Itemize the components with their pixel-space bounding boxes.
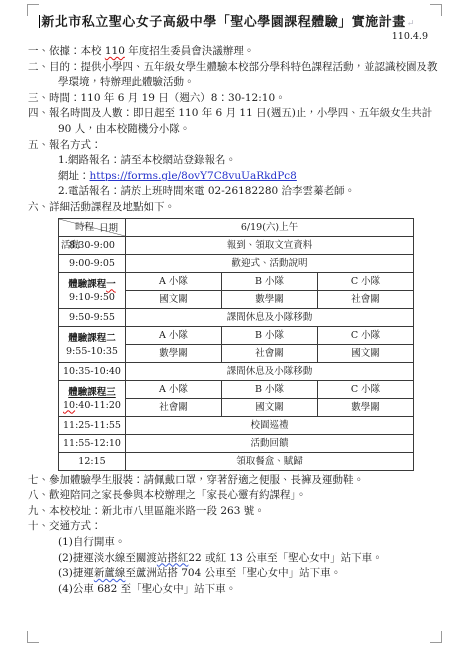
table-row: 8:30-9:00 報到、領取文宣資料 [59, 236, 414, 254]
time-cell: 12:15 [59, 452, 126, 470]
table-row: 9:50-9:55 課間休息及小隊移動 [59, 308, 414, 326]
spellcheck-underline: 110 [105, 45, 125, 57]
subject-cell: 國文關 [126, 290, 222, 308]
session3-label-cell: 體驗課程三 10:40-11:20 [59, 380, 126, 416]
item-basis-text: 年度招生委員會決議辦理。 [125, 45, 254, 57]
time-cell: 10:35-10:40 [59, 362, 126, 380]
team-cell: B 小隊 [222, 326, 318, 344]
transport-option-3-text: (3)捷運 [58, 567, 94, 579]
table-row-session3-teams: 體驗課程三 10:40-11:20 A 小隊 B 小隊 C 小隊 [59, 380, 414, 398]
item-basis-text: 一、依據：本校 [28, 45, 105, 57]
time-cell: 11:25-11:55 [59, 416, 126, 434]
transport-option-2: (2)捷運淡水線至關渡站搭紅22 或紅 13 公車至「聖心女中」站下車。 [28, 551, 438, 567]
corner-label-timeslot: 時程 [75, 222, 94, 233]
item-school-address: 九、本校校址：新北市八里區龍米路一段 263 號。 [28, 504, 438, 520]
activity-cell: 領取餐盒、賦歸 [126, 452, 414, 470]
team-cell: B 小隊 [222, 380, 318, 398]
paragraph-mark-icon: ↵ [407, 19, 415, 29]
grammar-underline: 站搭紅 [157, 552, 189, 564]
item-online-registration: 1.網路報名：請至本校網站登錄報名。 [28, 153, 438, 169]
subject-cell: 國文關 [318, 344, 414, 362]
activity-cell: 活動回饋 [126, 434, 414, 452]
header-date-cell: 6/19(六)上午 [126, 218, 414, 236]
activity-cell: 課間休息及小隊移動 [126, 362, 414, 380]
table-row: 12:15 領取餐盒、賦歸 [59, 452, 414, 470]
activity-cell: 課間休息及小隊移動 [126, 308, 414, 326]
corner-label-date: 日期 [99, 223, 118, 234]
subject-cell: 國文關 [222, 398, 318, 416]
transport-option-2-text: 22 或紅 13 公車至「聖心女中」站下車。 [188, 552, 382, 564]
time-cell: 9:00-9:05 [59, 254, 126, 272]
table-row-session1-teams: 體驗課程一 9:10-9:50 A 小隊 B 小隊 C 小隊 [59, 272, 414, 290]
url-label: 網址： [58, 170, 90, 182]
session1-label: 體驗課程 [68, 279, 106, 290]
table-row: 11:25-11:55 校園巡禮 [59, 416, 414, 434]
item-basis: 一、依據：本校 110 年度招生委員會決議辦理。 [28, 44, 438, 60]
subject-cell: 社會關 [126, 398, 222, 416]
item-registration-method: 五、報名方式： [28, 138, 438, 154]
session1-time: 9:10-9:50 [61, 291, 123, 304]
schedule-table: 日期 活動 時程 6/19(六)上午 8:30-9:00 報到、領取文宣資料 9… [58, 218, 414, 471]
page-boundary-mark [430, 4, 442, 16]
team-cell: A 小隊 [126, 380, 222, 398]
time-cell: 9:50-9:55 [59, 308, 126, 326]
page-boundary-mark [27, 631, 39, 643]
subject-cell: 社會關 [222, 344, 318, 362]
table-row-session2-teams: 體驗課程二 9:55-10:35 A 小隊 B 小隊 C 小隊 [59, 326, 414, 344]
document-date: 110.4.9 [0, 31, 454, 42]
item-transportation: 十、交通方式： [28, 519, 438, 535]
session3-label: 體驗課程三 [61, 385, 123, 399]
item-time: 三、時間：110 年 6 月 19 日（週六）8：30-12:10。 [28, 91, 438, 107]
item-registration-period: 四、報名時間及人數：即日起至 110 年 6 月 11 日(週五)止，小學四、五… [28, 106, 438, 137]
team-cell: A 小隊 [126, 272, 222, 290]
table-row: 11:55-12:10 活動回饋 [59, 434, 414, 452]
subject-cell: 數學關 [126, 344, 222, 362]
team-cell: B 小隊 [222, 272, 318, 290]
item-schedule-intro: 六、詳細活動課程及地點如下。 [28, 200, 438, 216]
transport-option-4: (4)公車 682 至「聖心女中」站下車。 [28, 582, 438, 598]
document-body: 一、依據：本校 110 年度招生委員會決議辦理。 二、目的：提供小學四、五年級女… [0, 42, 454, 597]
team-cell: C 小隊 [318, 380, 414, 398]
session2-time: 9:55-10:35 [61, 345, 123, 358]
item-purpose: 二、目的：提供小學四、五年級女學生體驗本校部分學科特色課程活動，並認識校園及教學… [28, 60, 438, 91]
item-phone-registration: 2.電話報名：請於上班時間來電 02-26182280 洽李雲蓁老師。 [28, 184, 438, 200]
item-dress-code: 七、參加體驗學生服裝：請佩戴口罩，穿著舒適之便服、長褲及運動鞋。 [28, 473, 438, 489]
time-cell: 11:55-12:10 [59, 434, 126, 452]
transport-option-3-text: 至蘆洲站搭 704 公車至「聖心女中」站下車。 [125, 567, 341, 579]
team-cell: C 小隊 [318, 272, 414, 290]
title-row: 新北市私立聖心女子高級中學「聖心學園課程體驗」實施計畫↵ [0, 0, 454, 30]
activity-cell: 歡迎式、活動說明 [126, 254, 414, 272]
table-header-row: 日期 活動 時程 6/19(六)上午 [59, 218, 414, 236]
corner-label-activity: 活動 [61, 240, 80, 251]
table-row: 9:00-9:05 歡迎式、活動說明 [59, 254, 414, 272]
subject-cell: 數學關 [222, 290, 318, 308]
registration-url-link[interactable]: https://forms.gle/8ovY7C8vuUaRkdPc8 [90, 170, 297, 182]
page-title: 新北市私立聖心女子高級中學「聖心學園課程體驗」實施計畫 [41, 15, 406, 30]
team-cell: A 小隊 [126, 326, 222, 344]
table-row: 10:35-10:40 課間休息及小隊移動 [59, 362, 414, 380]
page-boundary-mark [430, 631, 442, 643]
page-boundary-mark [27, 4, 39, 16]
activity-cell: 報到、領取文宣資料 [126, 236, 414, 254]
spellcheck-underline: 10 [63, 400, 75, 411]
grammar-underline: 新蘆線 [94, 567, 126, 579]
session3-time: :40-11:20 [75, 400, 121, 411]
item-parent-course: 八、歡迎陪同之家長參與本校辦理之「家長心靈有約課程」。 [28, 488, 438, 504]
spellcheck-underline: 一 [106, 279, 116, 290]
activity-cell: 校園巡禮 [126, 416, 414, 434]
subject-cell: 社會關 [318, 290, 414, 308]
diagonal-header-cell: 日期 活動 時程 [59, 218, 126, 236]
session1-label-cell: 體驗課程一 9:10-9:50 [59, 272, 126, 308]
transport-option-3: (3)捷運新蘆線至蘆洲站搭 704 公車至「聖心女中」站下車。 [28, 566, 438, 582]
session2-label-cell: 體驗課程二 9:55-10:35 [59, 326, 126, 362]
document-page: 新北市私立聖心女子高級中學「聖心學園課程體驗」實施計畫↵ 110.4.9 一、依… [0, 0, 454, 649]
subject-cell: 數學關 [318, 398, 414, 416]
session2-label: 體驗課程二 [61, 331, 123, 345]
team-cell: C 小隊 [318, 326, 414, 344]
transport-option-1: (1)自行開車。 [28, 535, 438, 551]
item-url-line: 網址：https://forms.gle/8ovY7C8vuUaRkdPc8 [28, 169, 438, 185]
transport-option-2-text: (2)捷運淡水線至關渡 [58, 552, 157, 564]
